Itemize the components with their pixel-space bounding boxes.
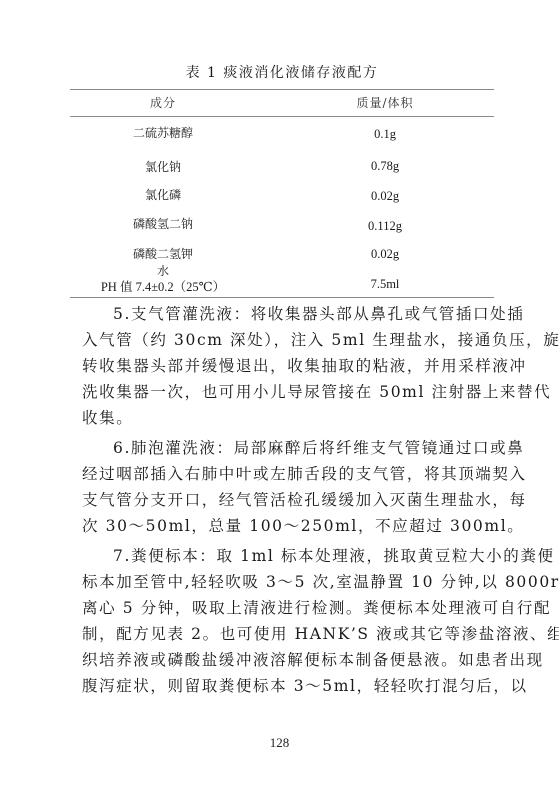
paragraph-line: 腹泻症状，则留取粪便标本 3～5ml，轻轻吹打混匀后，以 xyxy=(82,673,482,699)
paragraph-line: 入气管（约 30cm 深处），注入 5ml 生理盐水，接通负压，旋 xyxy=(82,327,482,353)
paragraph-stool-specimen: 7.粪便标本：取 1ml 标本处理液，挑取黄豆粒大小的粪便 标本加至管中,轻轻吹… xyxy=(82,543,482,699)
table-header-component: 成分 xyxy=(150,96,176,110)
table-caption: 表 1 痰液消化液储存液配方 xyxy=(70,64,494,82)
paragraph-line: 转收集器头部并缓慢退出，收集抽取的粘液，并用采样液冲 xyxy=(82,353,482,379)
table-cell-amount: 0.1g xyxy=(374,127,396,141)
document-page: 表 1 痰液消化液储存液配方 成分 质量/体积 二硫苏糖醇 0.1g 氯化钠 0… xyxy=(0,0,559,793)
table-top-rule xyxy=(70,89,494,90)
table-cell-amount: 7.5ml xyxy=(371,277,400,291)
table-cell-amount: 0.02g xyxy=(371,247,399,261)
table-cell-ph-note: PH 值 7.4±0.2（25℃） xyxy=(101,280,225,294)
paragraph-line: 次 30～50ml，总量 100～250ml，不应超过 300ml。 xyxy=(82,513,482,539)
paragraph-bronchial-lavage: 5.支气管灌洗液：将收集器头部从鼻孔或气管插口处插 入气管（约 30cm 深处）… xyxy=(82,301,482,431)
table-cell-amount: 0.02g xyxy=(371,189,399,203)
paragraph-line: 6.肺泡灌洗液：局部麻醉后将纤维支气管镜通过口或鼻 xyxy=(82,435,482,461)
paragraph-line: 离心 5 分钟，吸取上清液进行检测。粪便标本处理液可自行配 xyxy=(82,595,482,621)
table-cell-amount: 0.78g xyxy=(371,159,399,173)
table-cell-component: 磷酸二氢钾 xyxy=(133,247,193,261)
table-cell-component: 氯化磷 xyxy=(145,188,181,202)
paragraph-line: 5.支气管灌洗液：将收集器头部从鼻孔或气管插口处插 xyxy=(82,301,482,327)
paragraph-alveolar-lavage: 6.肺泡灌洗液：局部麻醉后将纤维支气管镜通过口或鼻 经过咽部插入右肺中叶或左肺舌… xyxy=(82,435,482,539)
paragraph-line: 制，配方见表 2。也可使用 HANK’S 液或其它等渗盐溶液、组 xyxy=(82,621,482,647)
table-cell-component: 氯化钠 xyxy=(145,160,181,174)
table-cell-component: 水 xyxy=(157,264,169,278)
page-number: 128 xyxy=(0,735,559,751)
paragraph-line: 洗收集器一次，也可用小儿导尿管接在 50ml 注射器上来替代 xyxy=(82,379,482,405)
paragraph-line: 收集。 xyxy=(82,405,482,431)
paragraph-line: 支气管分支开口，经气管活检孔缓缓加入灭菌生理盐水，每 xyxy=(82,487,482,513)
paragraph-line: 7.粪便标本：取 1ml 标本处理液，挑取黄豆粒大小的粪便 xyxy=(82,543,482,569)
table-cell-amount: 0.112g xyxy=(368,219,402,233)
paragraph-line: 织培养液或磷酸盐缓冲液溶解便标本制备便悬液。如患者出现 xyxy=(82,647,482,673)
table-header-amount: 质量/体积 xyxy=(356,96,413,110)
paragraph-line: 经过咽部插入右肺中叶或左肺舌段的支气管，将其顶端契入 xyxy=(82,461,482,487)
table-cell-component: 磷酸氢二钠 xyxy=(133,217,193,231)
table-header-rule xyxy=(70,116,494,117)
table-cell-component: 二硫苏糖醇 xyxy=(133,126,193,140)
table-bottom-rule xyxy=(70,297,494,298)
paragraph-line: 标本加至管中,轻轻吹吸 3～5 次,室温静置 10 分钟,以 8000rpm xyxy=(82,569,482,595)
